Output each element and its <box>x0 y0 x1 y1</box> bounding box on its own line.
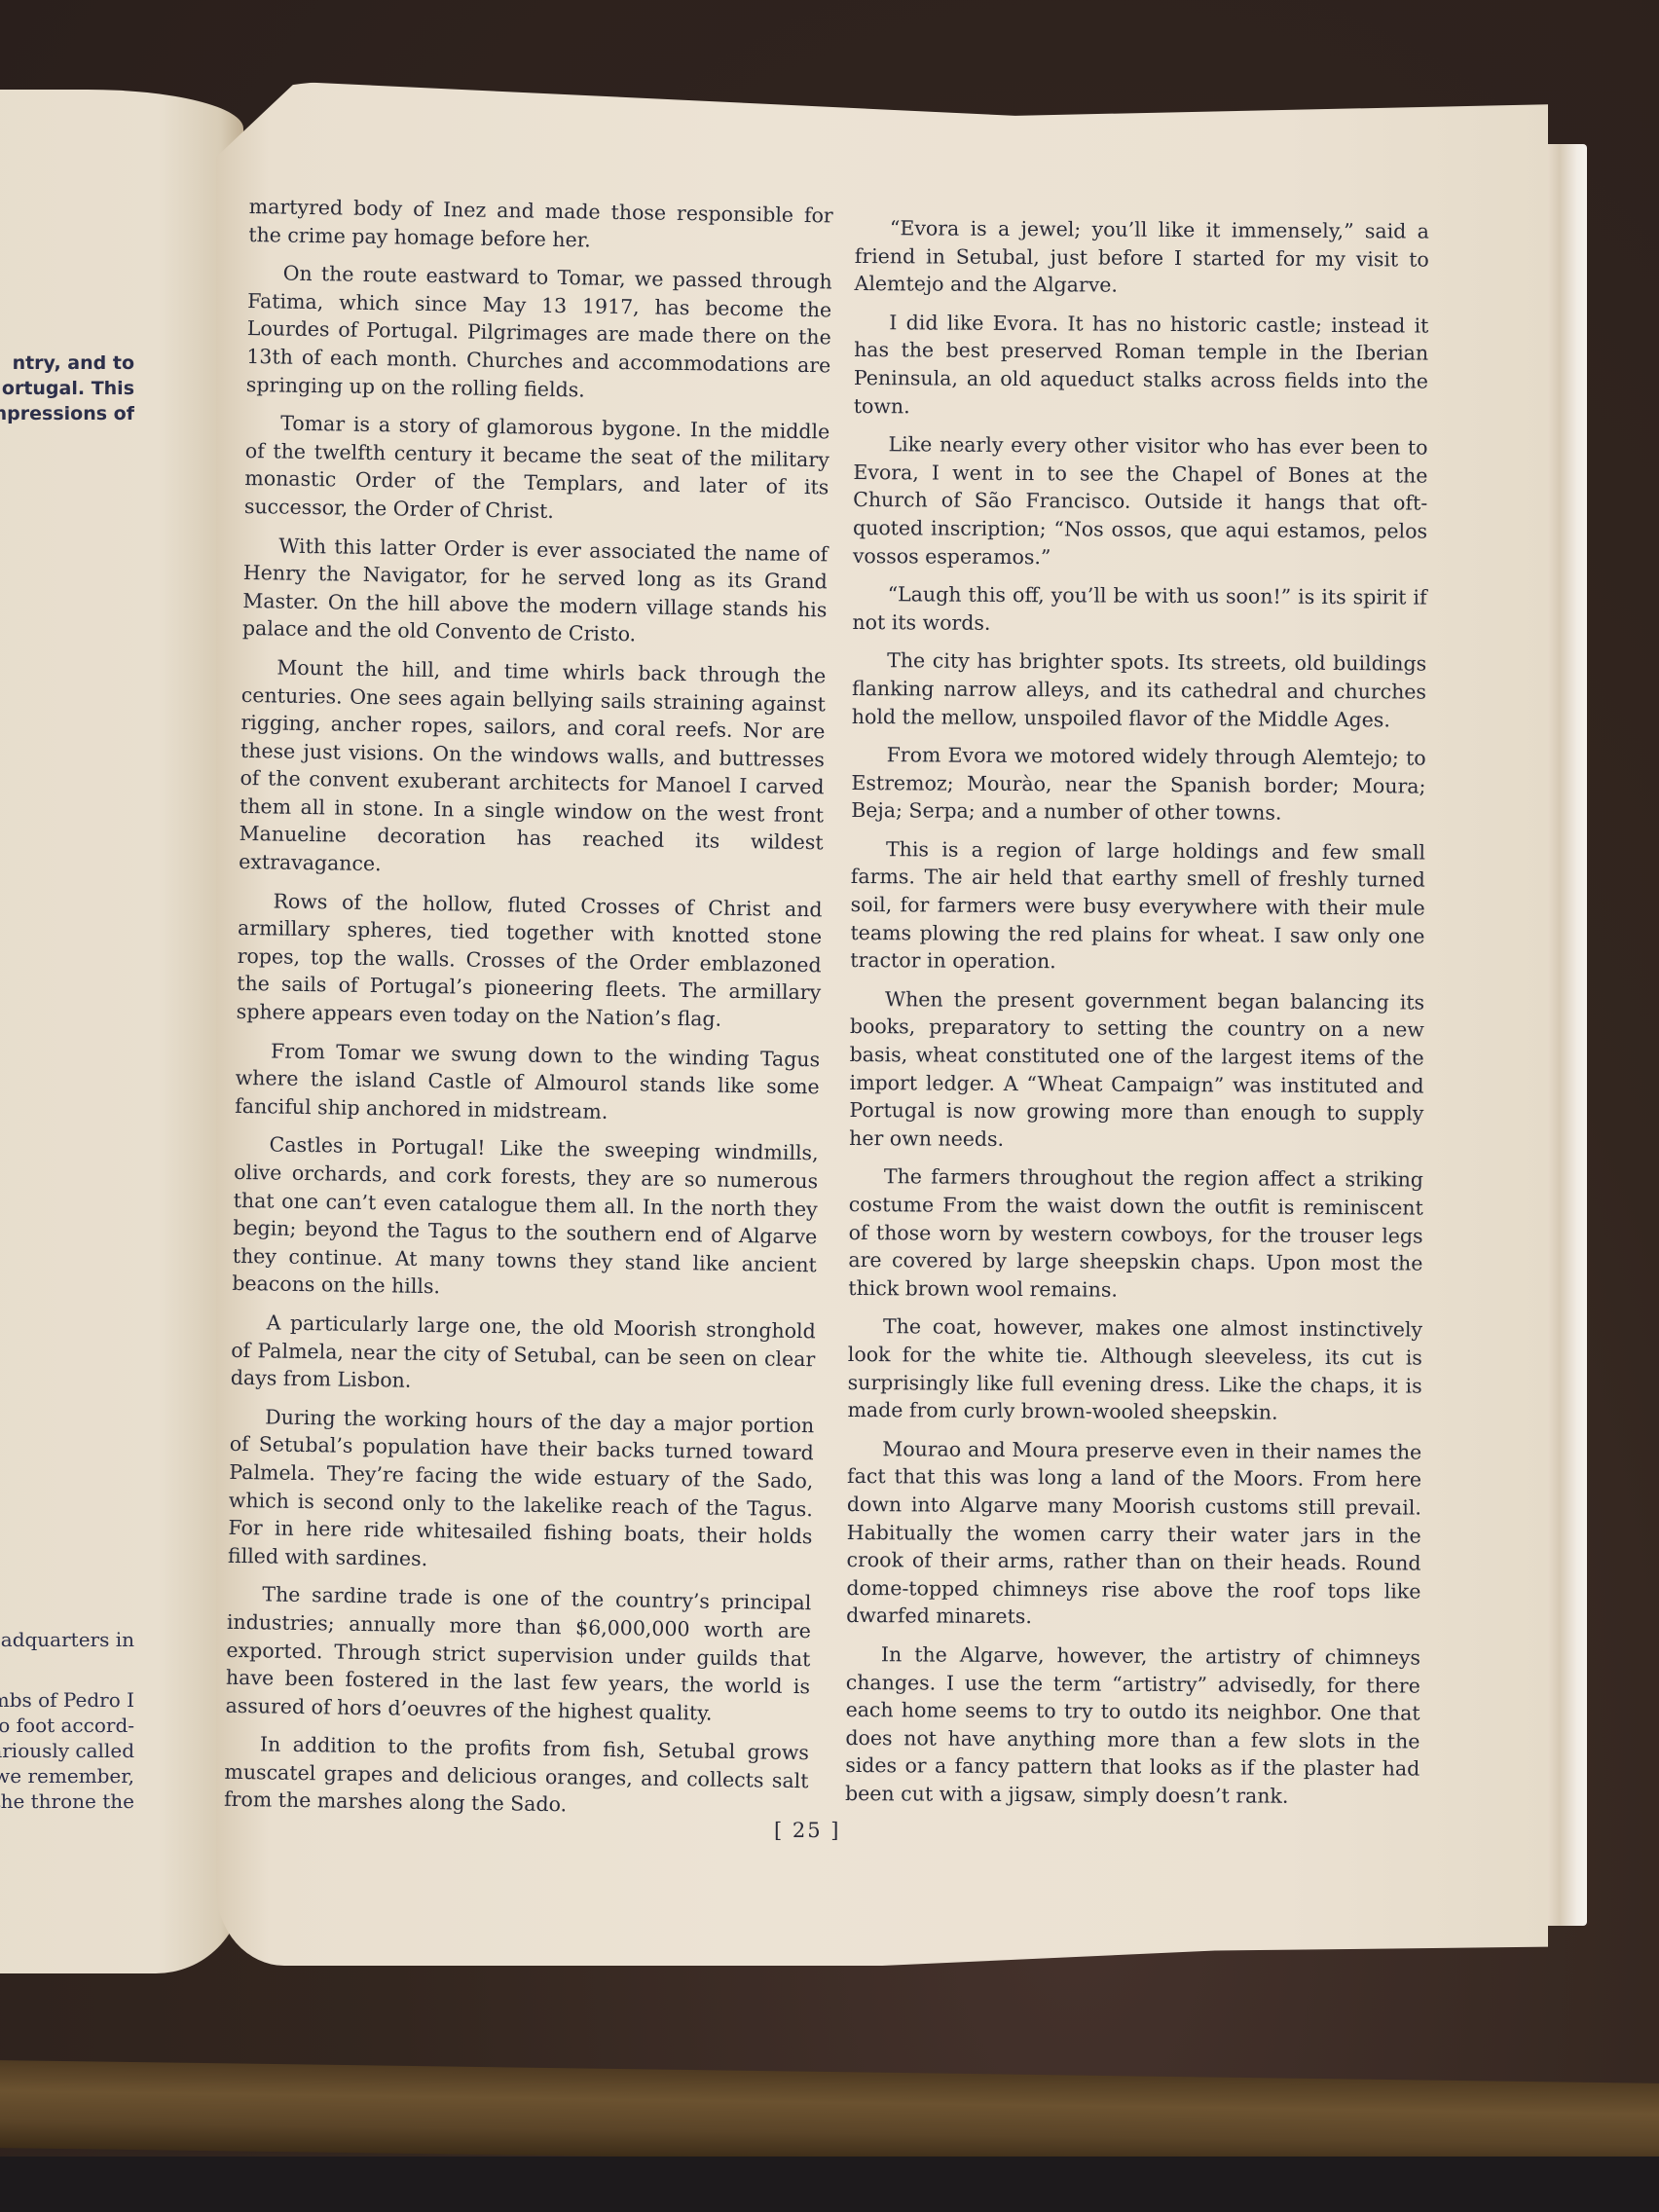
left-fragment-line: , we remember, <box>0 1764 134 1788</box>
left-fragment-line: o foot accord- <box>0 1714 134 1737</box>
paragraph: During the working hours of the day a ma… <box>228 1403 815 1579</box>
paragraph: Like nearly every other visitor who has … <box>853 430 1428 573</box>
left-fragment-line: eadquarters in <box>0 1628 134 1651</box>
paragraph: The farmers throughout the region affect… <box>848 1162 1423 1306</box>
paragraph: In addition to the profits from fish, Se… <box>224 1730 809 1823</box>
left-fragment-line: the throne the <box>0 1789 134 1813</box>
paragraph: I did like Evora. It has no historic cas… <box>854 309 1429 424</box>
left-fragment-line: npressions of <box>0 403 134 424</box>
paragraph: “Evora is a jewel; you’ll like it immens… <box>854 214 1429 301</box>
left-fragment-line: ntry, and to <box>13 352 134 374</box>
left-fragment-line: variously called <box>0 1739 134 1762</box>
left-fragment-line: ombs of Pedro I <box>0 1688 134 1712</box>
dark-floor-area <box>0 2157 1659 2212</box>
article-column-left: martyred body of Inez and made those res… <box>224 193 833 1833</box>
paragraph: The coat, however, makes one almost inst… <box>847 1312 1422 1427</box>
paragraph: With this latter Order is ever associate… <box>242 531 829 651</box>
paragraph: Tomar is a story of glamorous bygone. In… <box>244 409 830 530</box>
paragraph: This is a region of large holdings and f… <box>850 835 1425 978</box>
paragraph: On the route eastward to Tomar, we passe… <box>246 259 832 407</box>
paragraph: The city has brighter spots. Its streets… <box>852 646 1427 733</box>
paragraph: martyred body of Inez and made those res… <box>248 193 833 258</box>
paragraph: A particularly large one, the old Mooris… <box>231 1309 816 1401</box>
paragraph: In the Algarve, however, the artistry of… <box>845 1641 1420 1811</box>
paragraph: From Evora we motored widely through Ale… <box>851 741 1426 828</box>
article-column-right: “Evora is a jewel; you’ll like it immens… <box>845 214 1429 1822</box>
paragraph: Mourao and Moura preserve even in their … <box>846 1435 1421 1634</box>
paragraph: From Tomar we swung down to the winding … <box>235 1037 820 1129</box>
left-page: ntry, and to ortugal. This npressions of… <box>0 90 243 1973</box>
paragraph: Castles in Portugal! Like the sweeping w… <box>232 1130 819 1307</box>
paragraph: Mount the hill, and time whirls back thr… <box>239 653 827 885</box>
paragraph: The sardine trade is one of the country’… <box>225 1580 811 1728</box>
left-fragment-line: ortugal. This <box>2 378 134 399</box>
paragraph: Rows of the hollow, fluted Crosses of Ch… <box>237 887 823 1035</box>
paragraph: “Laugh this off, you’ll be with us soon!… <box>852 580 1426 640</box>
page-number: [ 25 ] <box>774 1819 840 1842</box>
paragraph: When the present government began balanc… <box>849 985 1424 1156</box>
